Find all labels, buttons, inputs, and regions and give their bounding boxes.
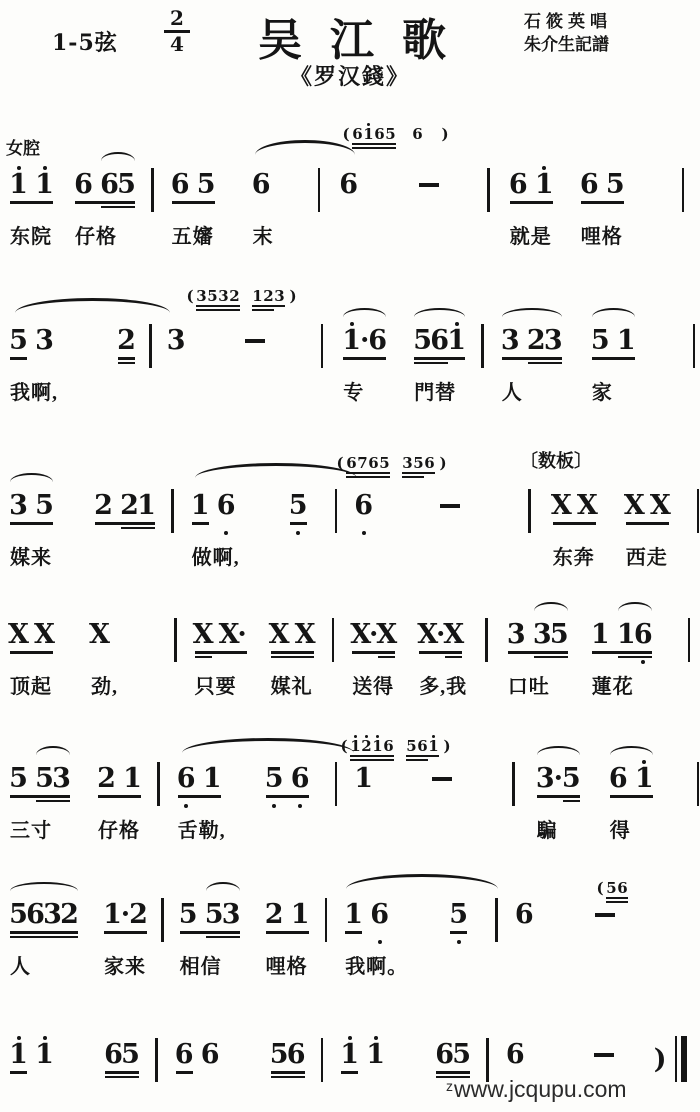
slur-zone <box>266 882 309 892</box>
note-digit: 5 <box>207 288 217 304</box>
note-char: 2 <box>130 892 147 930</box>
note-group: 65哩格 <box>581 152 624 249</box>
note-char: 3 <box>508 612 525 650</box>
slur-zone <box>436 1022 470 1032</box>
slur-zone <box>508 602 568 612</box>
note-digit: 5 <box>550 620 569 650</box>
dot-below-slot <box>180 939 197 946</box>
note-group: 16做啊, <box>192 473 240 570</box>
note-char: ) <box>439 449 447 471</box>
barline <box>697 762 700 806</box>
note-digit: 1 <box>103 900 122 930</box>
beam-line <box>414 362 448 365</box>
beam-zone <box>178 794 226 803</box>
dots-below-row <box>95 530 155 537</box>
beam-line <box>195 651 247 654</box>
dots-below-row <box>91 659 118 666</box>
source-opera-subtitle: 《罗汉錢》 <box>0 60 700 91</box>
dot-below-slot <box>519 365 528 372</box>
note-char: 3 <box>168 318 185 356</box>
octave-dot-below <box>184 804 188 808</box>
dot-below-slot <box>537 803 554 810</box>
dots-below-row <box>10 365 58 372</box>
note-digits-row: 3532 <box>196 282 240 304</box>
note-char: 6 <box>516 892 533 930</box>
dot-below-slot <box>44 939 61 946</box>
note-digits-row: ) <box>289 282 297 304</box>
dot-below-slot <box>168 365 185 372</box>
score-line-6: (565632人1·2家来553相信21哩格16我啊。56 <box>0 868 700 998</box>
note-digit: 1 <box>535 170 554 200</box>
beam-zone <box>610 794 653 803</box>
note-char: 6 <box>635 612 652 650</box>
beam-zone <box>105 1070 139 1079</box>
beam-zone <box>91 650 118 659</box>
beam-line <box>176 1071 193 1074</box>
note-digits-row: 66 <box>176 1032 219 1070</box>
note-digits-row: 3·5 <box>537 756 580 794</box>
note-char: 1 <box>618 318 635 356</box>
lyric-text: 只要 <box>195 670 247 699</box>
note-digits-row: 5 <box>290 483 307 521</box>
barline <box>481 324 484 368</box>
beam-zone <box>253 200 274 209</box>
slur-zone <box>406 730 439 732</box>
note-group: 6 <box>516 882 533 946</box>
dot-below-slot <box>27 209 36 216</box>
beam-zone <box>553 521 596 530</box>
note-digit: 6 <box>352 126 362 142</box>
note-digits-row: 6 <box>253 162 274 200</box>
note-char: 5 <box>118 162 135 200</box>
dots-below-row <box>592 365 635 372</box>
slur-zone <box>606 872 628 874</box>
slur-arc <box>534 602 568 611</box>
barline <box>682 168 685 212</box>
note-char: 6 <box>510 162 527 200</box>
note-group: 3 <box>168 308 185 372</box>
octave-dot-below <box>378 940 382 944</box>
beam-line <box>10 795 70 798</box>
score-line-1: 女腔(61656)11东院665仔格65五嬸6末661就是65哩格 <box>0 118 700 248</box>
slur-zone <box>414 308 465 318</box>
note-char: 6 <box>369 318 386 356</box>
note-char: 2 <box>229 282 240 304</box>
beam-line <box>178 795 221 798</box>
beam-zone <box>10 356 58 365</box>
dot-below-slot <box>118 209 135 216</box>
dot-below-slot <box>10 365 27 372</box>
dot-below-slot <box>36 209 53 216</box>
barline <box>151 168 154 212</box>
dots-below-row <box>553 530 596 537</box>
note-group: 6 <box>355 473 372 537</box>
slur-arc <box>36 746 70 755</box>
lyric-text: 家来 <box>104 950 147 979</box>
dot-below-slot <box>118 365 135 372</box>
dot-below-slot <box>536 209 553 216</box>
measure-items-row: XX顶起X劲,XX·只要XX媒礼X·X送得X·X多,我335口吐116蓮花 <box>10 602 690 699</box>
dots-below-row <box>510 209 553 216</box>
note-digit: 7 <box>357 455 367 471</box>
note-char: 6 <box>178 756 195 794</box>
beam-line <box>10 1071 27 1074</box>
beam-line <box>252 305 285 307</box>
note-digits-row: 1·6 <box>343 318 386 356</box>
slur-arc <box>343 308 386 317</box>
dot-below-slot <box>212 659 221 666</box>
dot-below-slot <box>502 365 519 372</box>
beam-line <box>450 931 467 934</box>
note-group: 61得 <box>610 746 653 843</box>
dot-below-slot <box>508 659 525 666</box>
slur-zone <box>196 280 240 282</box>
watermark-url-text: www.jcqupu.com <box>454 1076 627 1102</box>
dot-below-slot <box>266 803 283 810</box>
dot-below-slot <box>290 530 307 537</box>
dot-below-slot <box>627 803 636 810</box>
dots-below-row <box>508 659 568 666</box>
lyric-text: 蓮花 <box>592 670 652 699</box>
score-line-3: 〔数板〕(6765356)35媒来22116做啊,56XX东奔XX西走 <box>0 443 700 573</box>
note-digit: 5 <box>9 764 28 794</box>
dots-below-row <box>180 939 240 946</box>
dot-below-slot <box>197 939 206 946</box>
dot-below-slot <box>122 1079 139 1086</box>
dot-below-slot <box>36 365 53 372</box>
dot-below-slot <box>288 1079 305 1086</box>
note-digits-row: 123 <box>252 282 285 304</box>
note-digit: 6 <box>171 170 190 200</box>
note-char: 6 <box>176 1032 193 1070</box>
note-digit: 6 <box>506 1040 525 1070</box>
note-digit: 2 <box>129 900 148 930</box>
dot-below-slot <box>534 659 551 666</box>
dots-below-row <box>266 803 309 810</box>
beam-zone <box>95 521 155 530</box>
note-digit: 5 <box>35 491 54 521</box>
percussion-x-mark: X <box>443 620 464 650</box>
note-char: 5 <box>36 483 53 521</box>
note-digits-row: ) <box>441 120 449 142</box>
note-digit: 5 <box>197 170 216 200</box>
dots-below-row <box>414 365 465 372</box>
slur-zone <box>516 882 533 892</box>
beam-line <box>95 522 155 525</box>
beam-line <box>206 936 240 939</box>
dot-below-slot <box>27 939 44 946</box>
note-digit: 1 <box>35 170 54 200</box>
note-digits-row: 221 <box>95 483 155 521</box>
note-group: 65 <box>105 1022 139 1086</box>
note-digit: 1 <box>123 764 142 794</box>
beam-zone <box>502 356 562 365</box>
barline <box>693 324 696 368</box>
note-char: X <box>445 612 462 650</box>
slur-zone <box>192 473 240 483</box>
beam-line <box>510 201 553 204</box>
dot-below-slot <box>36 803 53 810</box>
barline <box>318 168 321 212</box>
dot-below-slot <box>551 659 568 666</box>
dot-below-slot <box>36 1079 53 1086</box>
note-char: 1 <box>204 756 221 794</box>
slur-zone <box>336 447 344 449</box>
note-group: 21哩格 <box>266 882 309 979</box>
beam-zone <box>98 794 141 803</box>
beam-line <box>502 357 562 360</box>
note-char: 5 <box>379 449 390 471</box>
dot-below-slot <box>271 1079 288 1086</box>
note-char: 5 <box>122 1032 139 1070</box>
dots-below-row <box>352 659 395 666</box>
note-char: X <box>553 483 570 521</box>
note-digit: 2 <box>60 900 79 930</box>
note-digit: 6 <box>74 170 93 200</box>
ornament-group: 123 <box>252 280 285 311</box>
beam-line <box>36 800 70 803</box>
slur-zone <box>502 308 562 318</box>
beam-line <box>10 357 27 360</box>
slur-arc <box>101 152 135 161</box>
note-group: 335口吐 <box>508 602 568 699</box>
beam-line <box>75 201 135 204</box>
dot-below-slot <box>419 659 436 666</box>
percussion-x-mark: X <box>376 620 397 650</box>
dots-below-row <box>290 530 307 537</box>
lyric-text: 劲, <box>91 670 118 699</box>
dots-below-row <box>345 939 408 946</box>
note-digit: 2 <box>263 288 273 304</box>
dot-below-slot <box>340 209 357 216</box>
beam-zone <box>10 650 53 659</box>
note-digit: 5 <box>413 455 423 471</box>
note-digit: 5 <box>265 764 284 794</box>
lyric-text: 末 <box>253 220 274 249</box>
slur-zone <box>271 1022 305 1032</box>
dots-below-row <box>192 530 240 537</box>
note-digit: 1 <box>9 1040 28 1070</box>
dot-below-slot <box>130 939 147 946</box>
slur-zone <box>610 746 653 756</box>
dash-note <box>419 183 439 187</box>
note-digits-row: 6 <box>507 1032 524 1070</box>
slur-zone <box>592 308 635 318</box>
note-digit: ( <box>342 126 349 142</box>
dot-below-slot <box>198 209 215 216</box>
beam-line <box>10 936 78 939</box>
measure-items-row: 553三寸21仔格61舌勒,5613·5騙61得 <box>10 746 699 843</box>
note-digit: 3 <box>9 491 28 521</box>
dots-below-row <box>253 209 274 216</box>
dots-below-row <box>592 659 652 666</box>
beam-line <box>419 651 462 654</box>
octave-dot-below <box>224 531 228 535</box>
note-char: 6 <box>581 162 598 200</box>
beam-line <box>414 357 465 360</box>
dots-below-row <box>10 939 78 946</box>
note-char: 5 <box>413 449 424 471</box>
dot-below-slot <box>609 365 618 372</box>
beam-line <box>592 357 635 360</box>
dot-below-slot <box>618 365 635 372</box>
dot-below-slot <box>112 530 121 537</box>
dot-below-slot <box>525 659 534 666</box>
note-digit: 5 <box>9 900 28 930</box>
note-digit: 6 <box>175 1040 194 1070</box>
dot-below-slot <box>192 530 209 537</box>
note-group: 65五嬸 <box>172 152 215 249</box>
octave-dot-below <box>298 804 302 808</box>
dot-below-slot <box>253 209 270 216</box>
lyric-text: 我啊, <box>10 376 58 405</box>
dot-below-slot <box>209 530 218 537</box>
dots-below-row <box>105 1079 139 1086</box>
note-digit: 1 <box>363 126 373 142</box>
dots-below-row <box>10 530 53 537</box>
dots-below-row <box>537 803 580 810</box>
note-digits-row: 21 <box>98 756 141 794</box>
slur-zone <box>341 1022 384 1032</box>
note-char: 1 <box>343 318 360 356</box>
slur-zone <box>10 152 53 162</box>
note-char: 5 <box>450 892 467 930</box>
dots-below-row <box>118 365 135 372</box>
lyric-text: 西走 <box>626 541 669 570</box>
octave-dot-below <box>457 940 461 944</box>
dot-below-slot <box>121 530 138 537</box>
dot-below-slot <box>448 365 465 372</box>
dot-below-slot <box>436 659 445 666</box>
slur-zone <box>402 447 435 449</box>
slur-zone <box>352 118 396 120</box>
note-char: 1 <box>363 120 374 142</box>
lyric-text: 五嬸 <box>172 220 215 249</box>
barline <box>321 1038 324 1082</box>
note-char: 5 <box>10 756 27 794</box>
note-digits-row: 61 <box>178 756 226 794</box>
beam-line <box>537 795 580 798</box>
dot-below-slot <box>283 803 292 810</box>
dot-below-slot <box>414 365 431 372</box>
slur-zone <box>104 882 147 892</box>
beam-line <box>528 362 562 365</box>
note-digits-row: 1 <box>355 756 372 794</box>
note-group: 61就是 <box>510 152 553 249</box>
transcriber-credit: 朱介生記譜 <box>524 33 612 56</box>
note-digit: 5 <box>179 900 198 930</box>
note-digits-row: 65 <box>172 162 215 200</box>
note-digit: 5 <box>121 1040 140 1070</box>
note-char: ) <box>289 282 297 304</box>
note-digit: 6 <box>177 764 196 794</box>
note-digit: 3 <box>501 326 520 356</box>
note-digits-row: 21 <box>266 892 309 930</box>
beam-zone <box>581 200 624 209</box>
note-digit: 1 <box>617 326 636 356</box>
note-group: 1·6专 <box>343 308 386 405</box>
dot-below-slot <box>579 530 596 537</box>
slur-zone <box>340 152 357 162</box>
note-group: 116蓮花 <box>592 602 652 699</box>
note-char: 5 <box>198 162 215 200</box>
time-signature: 2 4 <box>164 8 190 55</box>
dots-below-row <box>178 803 226 810</box>
lyric-text: 我啊。 <box>345 950 408 979</box>
note-digit: 1 <box>354 764 373 794</box>
note-char: 6 <box>610 756 627 794</box>
note-digits-row: 11 <box>10 162 53 200</box>
dots-below-row <box>340 209 357 216</box>
note-digit: ( <box>186 288 193 304</box>
dot-below-slot <box>369 365 386 372</box>
note-char: 5 <box>36 756 53 794</box>
dot-below-slot <box>92 209 101 216</box>
dot-below-slot <box>221 659 238 666</box>
slur-zone <box>91 602 118 612</box>
note-group: 665仔格 <box>75 152 135 249</box>
note-char: 5 <box>10 318 27 356</box>
beam-line <box>618 656 652 659</box>
ornament-group: ) <box>441 118 449 149</box>
beam-zone <box>10 1070 53 1079</box>
beam-line <box>341 1071 358 1074</box>
lyric-text: 哩格 <box>266 950 309 979</box>
beam-zone <box>340 200 357 209</box>
dot-below-slot <box>360 365 369 372</box>
slur-arc <box>610 746 653 755</box>
percussion-x-mark: X <box>269 620 290 650</box>
lyric-text: 騙 <box>537 814 580 843</box>
note-digit: 1 <box>340 1040 359 1070</box>
note-group: 11东院 <box>10 152 53 249</box>
dot-below-slot <box>283 939 292 946</box>
dots-below-row <box>104 939 147 946</box>
note-char: 6 <box>202 1032 219 1070</box>
dots-below-row <box>581 209 624 216</box>
note-char: 3 <box>53 756 70 794</box>
note-digit: 1 <box>35 1040 54 1070</box>
dots-below-row <box>626 530 669 537</box>
note-group: 56 <box>266 746 309 810</box>
note-char: 6 <box>218 483 235 521</box>
slur-zone <box>290 473 307 483</box>
sheet-music-page: 1-5弦 2 4 吴江歌 石筱英唱 朱介生記譜 《罗汉錢》 女腔(61656)1… <box>0 0 700 1112</box>
note-digits-row: 56 <box>271 1032 305 1070</box>
dot-below-slot <box>101 209 118 216</box>
note-digits-row: 1·2 <box>104 892 147 930</box>
dots-below-row <box>419 659 467 666</box>
dot-below-slot <box>643 530 652 537</box>
dots-below-row <box>610 803 653 810</box>
dot-below-slot <box>528 365 545 372</box>
barline <box>157 762 160 806</box>
slur-zone <box>75 152 135 162</box>
final-barline: ) <box>654 1036 687 1082</box>
percussion-x-mark: X <box>577 491 598 521</box>
beam-line <box>121 527 155 530</box>
dot-below-slot <box>178 803 195 810</box>
beam-zone <box>195 650 247 659</box>
note-digit: 2 <box>117 326 136 356</box>
dots-below-row <box>355 530 372 537</box>
beam-line <box>196 305 240 307</box>
barline <box>321 324 324 368</box>
octave-dot-below <box>272 804 276 808</box>
note-digit: 1 <box>252 288 262 304</box>
note-char: 1 <box>345 892 362 930</box>
beam-line <box>352 147 396 149</box>
